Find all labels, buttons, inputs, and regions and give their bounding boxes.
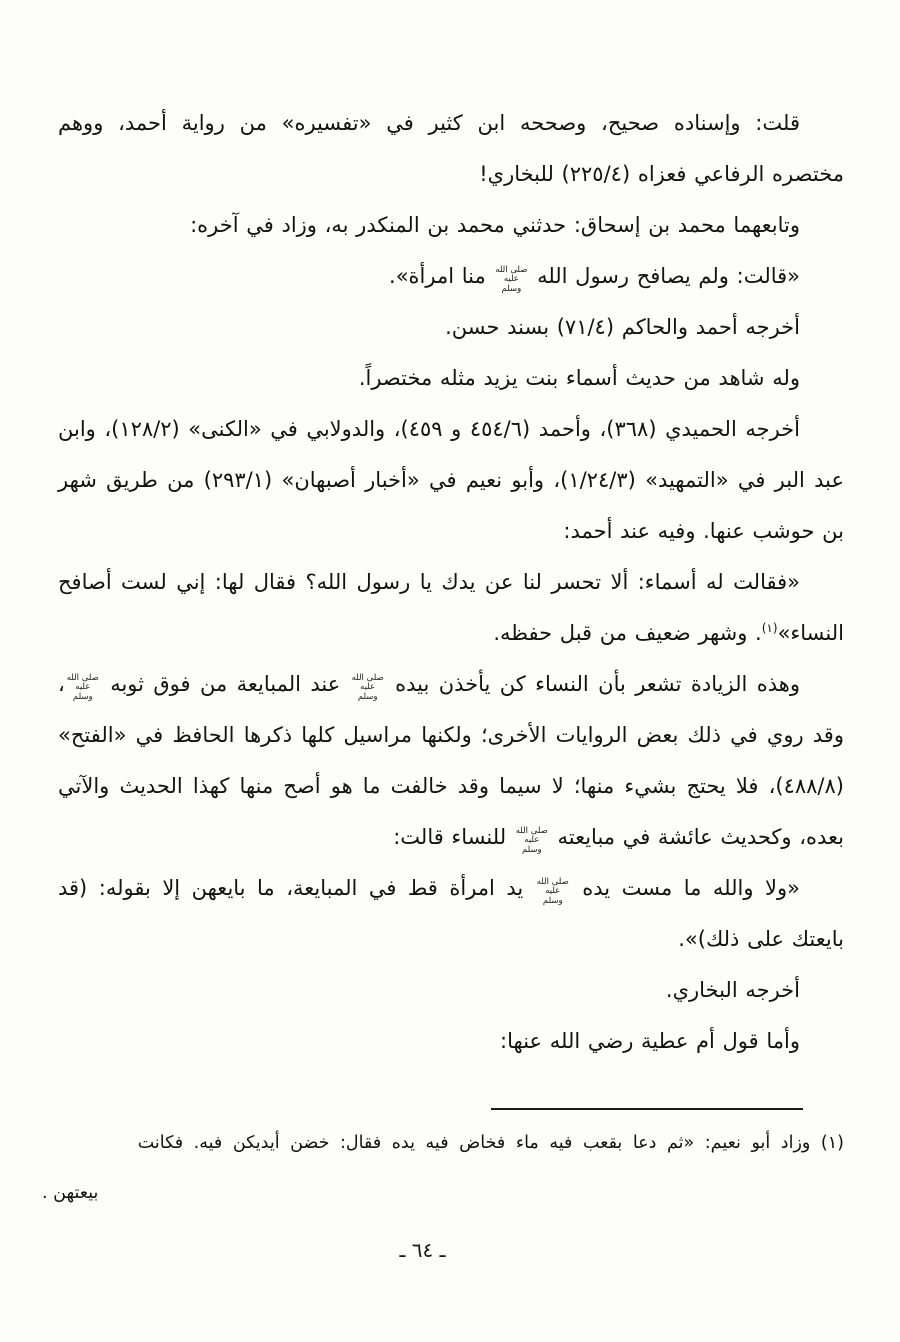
body-paragraph-6: أخرجه الحميدي (٣٦٨)، وأحمد (٤٥٤/٦ و ٤٥٩)…	[58, 404, 844, 557]
body-paragraph-5: وله شاهد من حديث أسماء بنت يزيد مثله مخت…	[58, 353, 844, 404]
hadith-quote-2: «فقالت له أسماء: ألا تحسر لنا عن يدك يا …	[58, 557, 844, 659]
footnote-separator	[491, 1108, 803, 1110]
pbuh-symbol: صلى الله عليه وسلم	[535, 878, 571, 907]
hadith-quote-3: «ولا والله ما مست يده صلى الله عليه وسلم…	[58, 863, 844, 965]
footnote-line-2: بيعتهن .	[42, 1168, 856, 1218]
footnote-marker-ref: (١)	[762, 621, 778, 635]
pbuh-symbol: صلى الله عليه وسلم	[493, 266, 529, 295]
pbuh-symbol: صلى الله عليه وسلم	[350, 674, 386, 703]
hadith-quote-1: «قالت: ولم يصافح رسول الله صلى الله عليه…	[58, 251, 844, 302]
body-paragraph-8: وهذه الزيادة تشعر بأن النساء كن يأخذن بي…	[58, 659, 844, 863]
page-number: ـ ٦٤ ـ	[0, 1238, 845, 1262]
body-paragraph-11: وأما قول أم عطية رضي الله عنها:	[58, 1016, 844, 1067]
body-paragraph-2: وتابعهما محمد بن إسحاق: حدثني محمد بن ال…	[58, 200, 844, 251]
main-text-block: قلت: وإسناده صحيح، وصححه ابن كثير في «تف…	[58, 98, 844, 1067]
body-paragraph-4: أخرجه أحمد والحاكم (٧١/٤) بسند حسن.	[58, 302, 844, 353]
body-paragraph-1: قلت: وإسناده صحيح، وصححه ابن كثير في «تف…	[58, 98, 844, 200]
footnote-block: (١) وزاد أبو نعيم: «ثم دعا بقعب فيه ماء …	[42, 1118, 856, 1218]
pbuh-symbol: صلى الله عليه وسلم	[514, 827, 550, 856]
pbuh-symbol: صلى الله عليه وسلم	[65, 674, 101, 703]
footnote-line-1: (١) وزاد أبو نعيم: «ثم دعا بقعب فيه ماء …	[42, 1118, 856, 1168]
hadith-quote-2-tail: . وشهر ضعيف من قبل حفظه.	[493, 621, 761, 645]
body-paragraph-10: أخرجه البخاري.	[58, 965, 844, 1016]
book-page: قلت: وإسناده صحيح، وصححه ابن كثير في «تف…	[0, 0, 900, 1342]
